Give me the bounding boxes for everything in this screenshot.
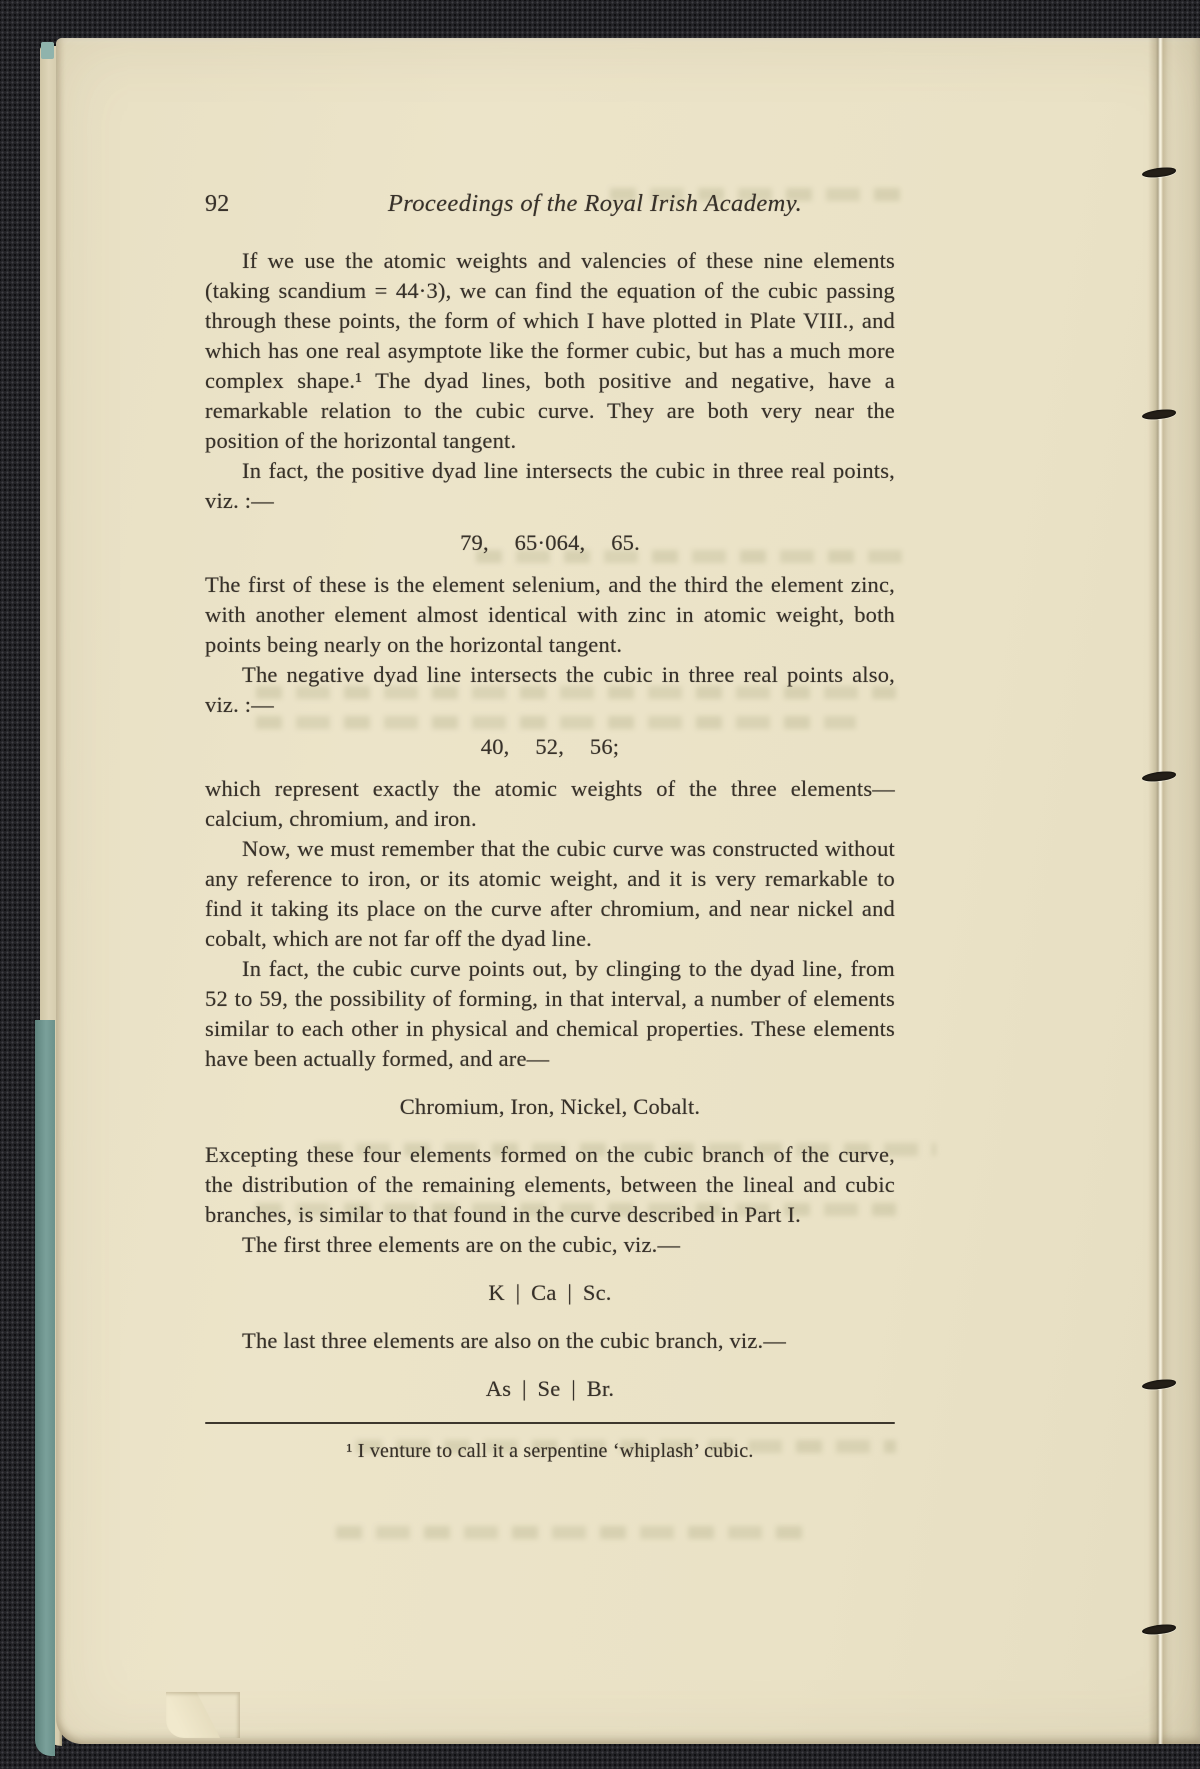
paragraph: If we use the atomic weights and valenci…	[205, 246, 895, 456]
paragraph: The last three elements are also on the …	[205, 1326, 895, 1356]
page-header: 92 Proceedings of the Royal Irish Academ…	[205, 188, 895, 220]
paragraph: In fact, the positive dyad line intersec…	[205, 456, 895, 516]
page-number: 92	[205, 188, 335, 220]
scanned-book-photo: { "page": { "number": "92", "running_tit…	[0, 0, 1200, 1769]
book-cover-edge	[35, 1020, 55, 1756]
last-three-elements: As | Se | Br.	[205, 1374, 895, 1404]
paragraph: The first of these is the element seleni…	[205, 570, 895, 660]
running-title: Proceedings of the Royal Irish Academy.	[335, 188, 895, 220]
positive-dyad-intersections: 79, 65·064, 65.	[205, 528, 895, 558]
paragraph: which represent exactly the atomic weigh…	[205, 774, 895, 834]
book-page: 92 Proceedings of the Royal Irish Academ…	[56, 38, 1200, 1744]
footnote-rule	[205, 1422, 895, 1424]
text-block: 92 Proceedings of the Royal Irish Academ…	[205, 38, 895, 1464]
page-corner-fold	[166, 1692, 240, 1738]
ink-show-through	[336, 1526, 806, 1539]
page-gutter-shading	[1162, 38, 1200, 1744]
book-cover-edge-sliver	[41, 42, 54, 59]
paragraph: Now, we must remember that the cubic cur…	[205, 834, 895, 954]
binding-stitch-thread	[1142, 1624, 1177, 1636]
paragraph: In fact, the cubic curve points out, by …	[205, 954, 895, 1074]
binding-stitch-thread	[1142, 771, 1177, 783]
paragraph: The first three elements are on the cubi…	[205, 1230, 895, 1260]
footnote: ¹ I venture to call it a serpentine ‘whi…	[205, 1438, 895, 1464]
paragraph: The negative dyad line intersects the cu…	[205, 660, 895, 720]
paragraph: Excepting these four elements formed on …	[205, 1140, 895, 1230]
elements-formed-list: Chromium, Iron, Nickel, Cobalt.	[205, 1092, 895, 1122]
binding-stitch-thread	[1142, 1379, 1177, 1391]
first-three-elements: K | Ca | Sc.	[205, 1278, 895, 1308]
negative-dyad-intersections: 40, 52, 56;	[205, 732, 895, 762]
binding-stitch-thread	[1142, 167, 1177, 179]
binding-stitch-thread	[1142, 409, 1177, 421]
page-gutter-crease	[1148, 38, 1168, 1744]
